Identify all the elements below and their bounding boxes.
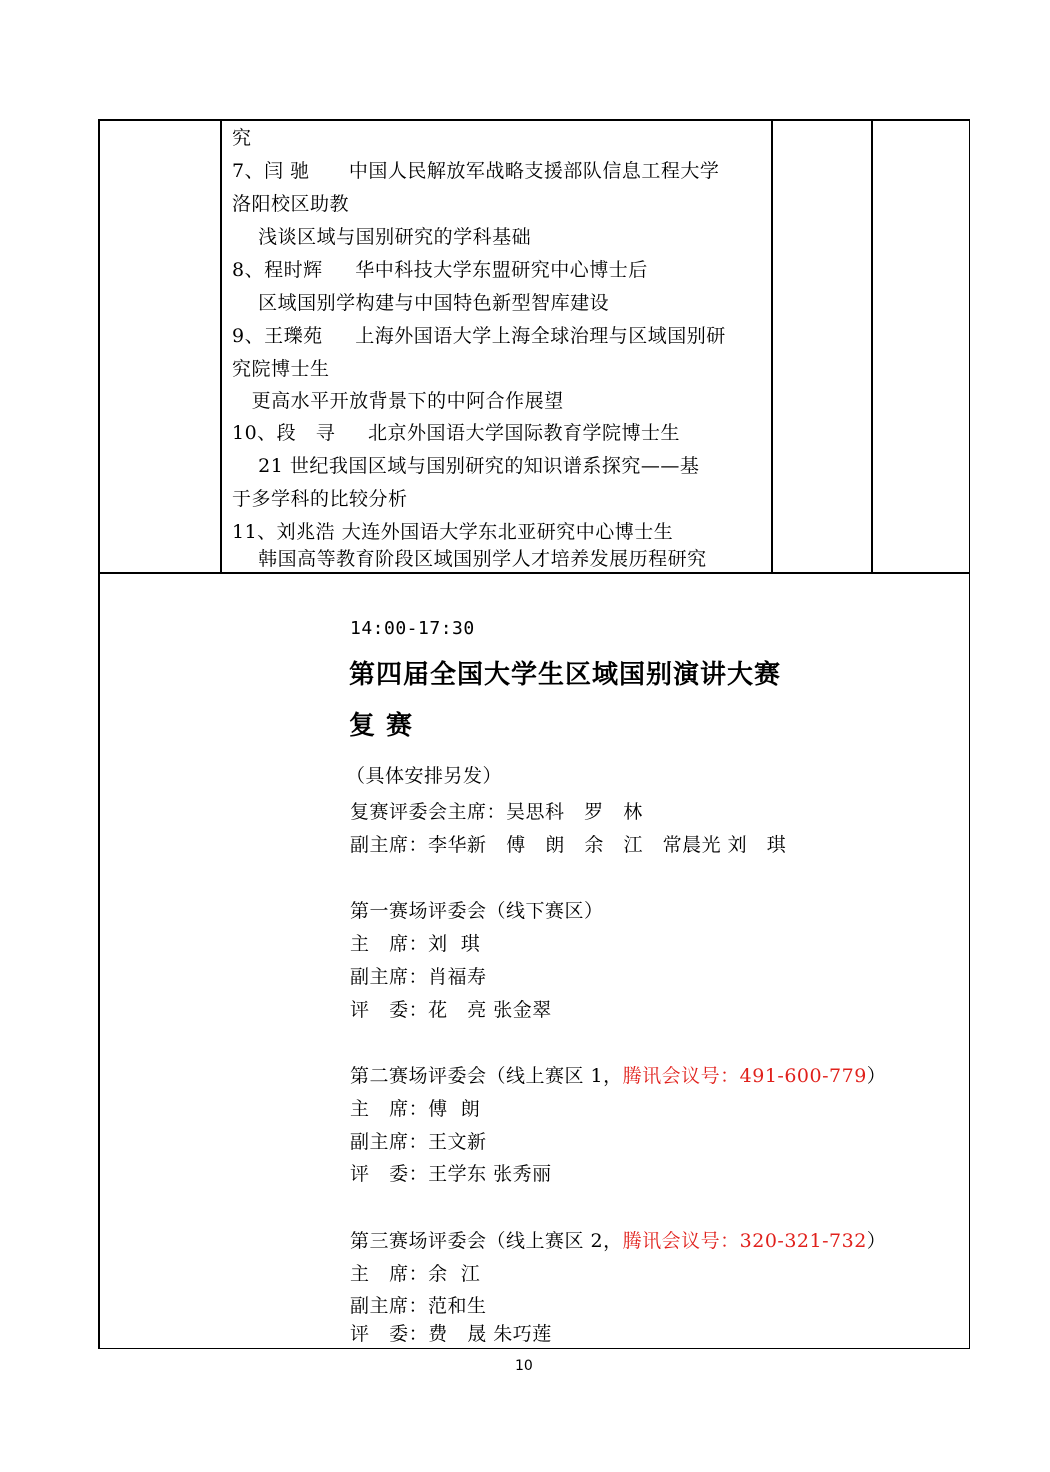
speaker-line: 究 (232, 126, 252, 150)
venue-2-heading: 第二赛场评委会（线上赛区 1，腾讯会议号：491-600-779） (350, 1064, 886, 1088)
venue-3-vice-chair: 副主席：范和生 (350, 1294, 487, 1318)
speaker-line: 11、刘兆浩 大连外国语大学东北亚研究中心博士生 (232, 520, 673, 544)
venue-1-judges: 评 委：花 亮 张金翠 (350, 998, 552, 1022)
table-row-divider (98, 572, 970, 574)
committee-chair: 复赛评委会主席：吴思科 罗 林 (350, 800, 643, 824)
venue-2-judges: 评 委：王学东 张秀丽 (350, 1162, 552, 1186)
committee-vice-chair: 副主席：李华新 傅 朗 余 江 常晨光 刘 琪 (350, 833, 786, 857)
venue-heading-end: ） (867, 1065, 887, 1087)
document-page: 究 7、闫 驰 中国人民解放军战略支援部队信息工程大学 洛阳校区助教 浅谈区域与… (0, 0, 1050, 1472)
venue-2-vice-chair: 副主席：王文新 (350, 1130, 487, 1154)
venue-heading-text: 第二赛场评委会（线上赛区 1， (350, 1065, 623, 1087)
speaker-line: 浅谈区域与国别研究的学科基础 (232, 225, 531, 249)
speaker-line: 8、程时辉 华中科技大学东盟研究中心博士后 (232, 258, 648, 282)
venue-3-heading: 第三赛场评委会（线上赛区 2，腾讯会议号：320-321-732） (350, 1229, 886, 1253)
meeting-id: 腾讯会议号：320-321-732 (623, 1230, 867, 1252)
speaker-line: 9、王瓅苑 上海外国语大学上海全球治理与区域国别研 (232, 324, 726, 348)
venue-3-judges: 评 委：费 晟 朱巧莲 (350, 1322, 552, 1346)
table-border-left (98, 119, 100, 1349)
speaker-line: 7、闫 驰 中国人民解放军战略支援部队信息工程大学 (232, 159, 719, 183)
competition-title: 第四届全国大学生区域国别演讲大赛 (349, 658, 781, 692)
arrangement-note: （具体安排另发） (346, 764, 502, 788)
venue-2-chair: 主 席：傅 朗 (350, 1097, 480, 1121)
venue-heading-text: 第一赛场评委会（线下赛区） (350, 900, 604, 922)
speaker-line: 21 世纪我国区域与国别研究的知识谱系探究——基 (232, 454, 699, 478)
venue-heading-text: 第三赛场评委会（线上赛区 2， (350, 1230, 623, 1252)
venue-heading-end: ） (867, 1230, 887, 1252)
venue-1-heading: 第一赛场评委会（线下赛区） (350, 899, 604, 923)
table-col-divider-1 (220, 119, 222, 573)
competition-subtitle: 复 赛 (349, 709, 413, 743)
venue-3-chair: 主 席：余 江 (350, 1262, 480, 1286)
table-border-top (98, 119, 970, 121)
table-border-right (969, 119, 971, 1349)
table-border-bottom (98, 1348, 970, 1350)
speaker-line: 于多学科的比较分析 (232, 487, 408, 511)
meeting-id: 腾讯会议号：491-600-779 (623, 1065, 867, 1087)
speaker-line: 究院博士生 (232, 357, 330, 381)
speaker-line: 更高水平开放背景下的中阿合作展望 (232, 389, 564, 413)
speaker-line: 韩国高等教育阶段区域国别学人才培养发展历程研究 (232, 547, 707, 571)
venue-1-vice-chair: 副主席：肖福寿 (350, 965, 487, 989)
speaker-line: 10、段 寻 北京外国语大学国际教育学院博士生 (232, 421, 680, 445)
session-time: 14:00-17:30 (350, 617, 475, 641)
table-col-divider-3 (871, 119, 873, 573)
speaker-line: 区域国别学构建与中国特色新型智库建设 (232, 291, 609, 315)
table-col-divider-2 (771, 119, 773, 573)
speaker-line: 洛阳校区助教 (232, 192, 349, 216)
page-number: 10 (515, 1358, 533, 1374)
venue-1-chair: 主 席：刘 琪 (350, 932, 480, 956)
